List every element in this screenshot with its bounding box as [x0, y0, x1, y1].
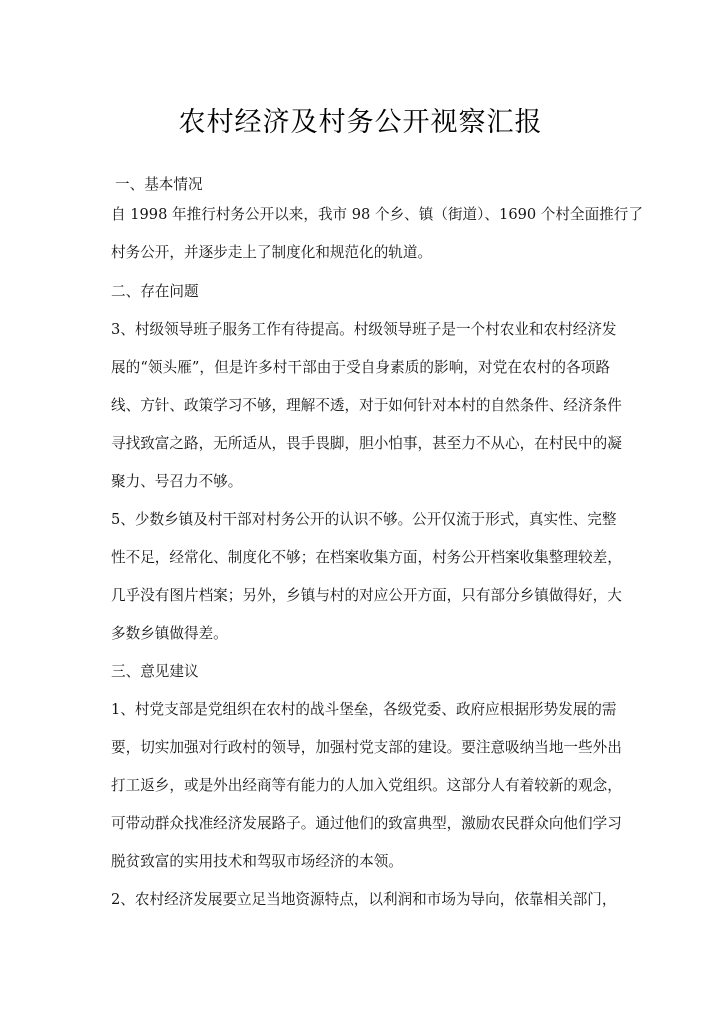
paragraph-line: 展的“领头雁”，但是许多村干部由于受自身素质的影响，对党在农村的各项路	[111, 359, 610, 377]
paragraph-line: 要，切实加强对行政村的领导，加强村党支部的建设。要注意吸纳当地一些外出	[111, 739, 610, 757]
paragraph-line: 性不足，经常化、制度化不够；在档案收集方面，村务公开档案收集整理较差，	[111, 549, 610, 567]
paragraph-line: 1、村党支部是党组织在农村的战斗堡垒，各级党委、政府应根据形势发展的需	[111, 701, 610, 719]
paragraph-line: 自 1998 年推行村务公开以来，我市 98 个乡、镇（街道）、1690 个村全…	[111, 206, 610, 224]
paragraph-line: 多数乡镇做得差。	[111, 625, 610, 643]
paragraph-line: 寻找致富之路，无所适从，畏手畏脚，胆小怕事，甚至力不从心，在村民中的凝	[111, 435, 610, 453]
section-heading-problems: 二、存在问题	[111, 283, 610, 301]
paragraph-line: 5、少数乡镇及村干部对村务公开的认识不够。公开仅流于形式，真实性、完整	[111, 511, 610, 529]
section-heading-basic-situation: 一、基本情况	[115, 176, 614, 194]
paragraph-line: 线、方针、政策学习不够，理解不透，对于如何针对本村的自然条件、经济条件	[111, 397, 610, 415]
paragraph-line: 村务公开，并逐步走上了制度化和规范化的轨道。	[111, 244, 610, 262]
paragraph-line: 2、农村经济发展要立足当地资源特点，以利润和市场为导向，依靠相关部门，	[111, 891, 610, 909]
document-title: 农村经济及村务公开视察汇报	[0, 105, 721, 141]
paragraph-line: 3、村级领导班子服务工作有待提高。村级领导班子是一个村农业和农村经济发	[111, 321, 610, 339]
paragraph-line: 脱贫致富的实用技术和驾驭市场经济的本领。	[111, 853, 610, 871]
document-page: 农村经济及村务公开视察汇报 一、基本情况 自 1998 年推行村务公开以来，我市…	[0, 0, 721, 1020]
section-heading-suggestions: 三、意见建议	[111, 663, 610, 681]
paragraph-line: 聚力、号召力不够。	[111, 473, 610, 491]
paragraph-line: 几乎没有图片档案；另外，乡镇与村的对应公开方面，只有部分乡镇做得好，大	[111, 587, 610, 605]
paragraph-line: 打工返乡，或是外出经商等有能力的人加入党组织。这部分人有着较新的观念，	[111, 777, 610, 795]
paragraph-line: 可带动群众找准经济发展路子。通过他们的致富典型，激励农民群众向他们学习	[111, 815, 610, 833]
